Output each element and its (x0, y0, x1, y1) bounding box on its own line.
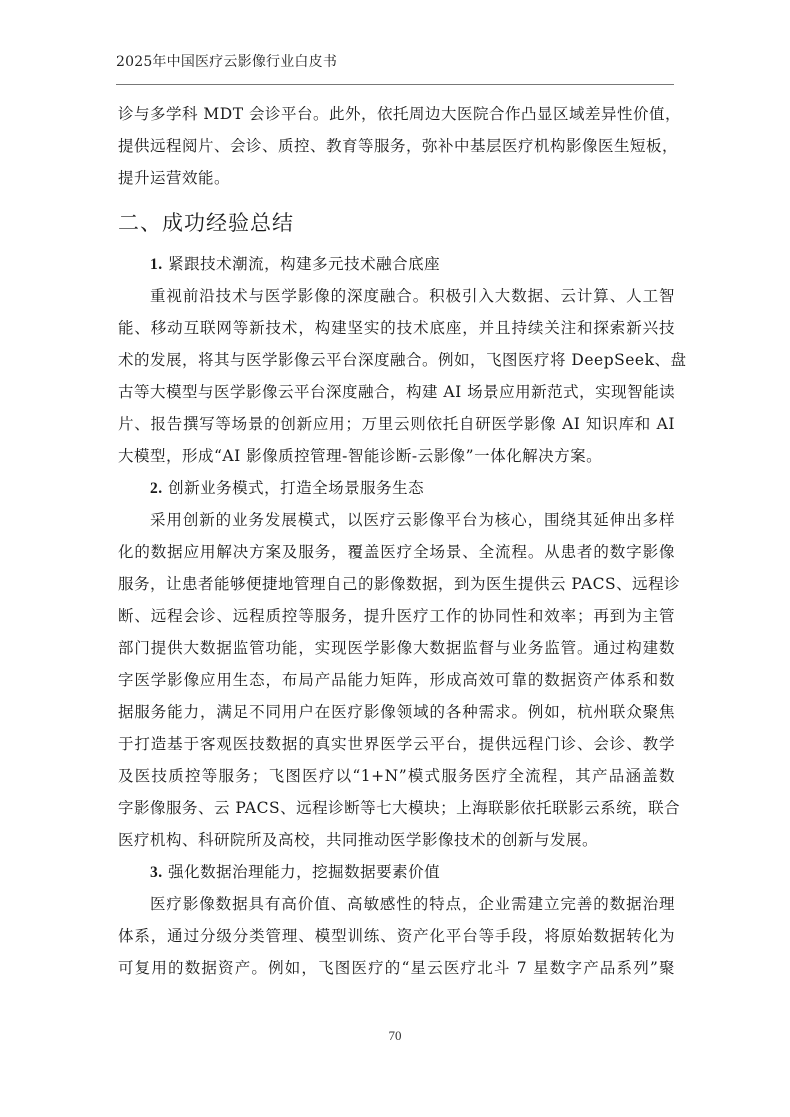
text-line: 断、远程会诊、远程质控等服务，提升医疗工作的协同性和效率；再到为主管 (118, 600, 675, 632)
text-line: 体系，通过分级分类管理、模型训练、资产化平台等手段，将原始数据转化为 (118, 920, 675, 952)
subsection-3: 3. 强化数据治理能力，挖掘数据要素价值 医疗影像数据具有高价值、高敏感性的特点… (118, 856, 675, 984)
text-line: 化的数据应用解决方案及服务，覆盖医疗全场景、全流程。从患者的数字影像 (118, 536, 675, 568)
document-title: 2025年中国医疗云影像行业白皮书 (116, 52, 674, 72)
text-line: 及医技质控等服务；飞图医疗以“1+N”模式服务医疗全流程，其产品涵盖数 (118, 760, 675, 792)
text-line: 古等大模型与医学影像云平台深度融合，构建 AI 场景应用新范式，实现智能读 (118, 376, 675, 408)
text-line: 字影像服务、云 PACS、远程诊断等七大模块；上海联影依托联影云系统，联合 (118, 792, 675, 824)
text-line: 服务，让患者能够便捷地管理自己的影像数据，到为医生提供云 PACS、远程诊 (118, 568, 675, 600)
text-line: 提供远程阅片、会诊、质控、教育等服务，弥补中基层医疗机构影像医生短板， (118, 130, 675, 162)
subsection-number: 1. (150, 256, 163, 273)
subsection-title: 紧跟技术潮流，构建多元技术融合底座 (168, 255, 440, 273)
text-line: 据服务能力，满足不同用户在医疗影像领域的各种需求。例如，杭州联众聚焦 (118, 696, 675, 728)
subsection-title: 强化数据治理能力，挖掘数据要素价值 (168, 863, 440, 881)
page-number: 70 (0, 1028, 790, 1044)
text-line: 于打造基于客观医技数据的真实世界医学云平台，提供远程门诊、会诊、教学 (118, 728, 675, 760)
subsection-title: 创新业务模式，打造全场景服务生态 (168, 479, 424, 497)
subsection-heading: 2. 创新业务模式，打造全场景服务生态 (118, 472, 675, 504)
page-header: 2025年中国医疗云影像行业白皮书 (116, 52, 674, 72)
intro-paragraph: 诊与多学科 MDT 会诊平台。此外，依托周边大医院合作凸显区域差异性价值， 提供… (118, 98, 675, 194)
subsection-heading: 3. 强化数据治理能力，挖掘数据要素价值 (118, 856, 675, 888)
text-line: 术的发展，将其与医学影像云平台深度融合。例如，飞图医疗将 DeepSeek、盘 (118, 344, 675, 376)
text-line: 重视前沿技术与医学影像的深度融合。积极引入大数据、云计算、人工智 (118, 280, 675, 312)
text-line: 可复用的数据资产。例如，飞图医疗的“星云医疗北斗 7 星数字产品系列”聚 (118, 952, 675, 984)
text-line: 医疗影像数据具有高价值、高敏感性的特点，企业需建立完善的数据治理 (118, 888, 675, 920)
text-line: 医疗机构、科研院所及高校，共同推动医学影像技术的创新与发展。 (118, 824, 675, 856)
subsection-heading: 1. 紧跟技术潮流，构建多元技术融合底座 (118, 248, 675, 280)
text-line: 诊与多学科 MDT 会诊平台。此外，依托周边大医院合作凸显区域差异性价值， (118, 98, 675, 130)
subsection-1: 1. 紧跟技术潮流，构建多元技术融合底座 重视前沿技术与医学影像的深度融合。积极… (118, 248, 675, 472)
text-line: 大模型，形成“AI 影像质控管理-智能诊断-云影像”一体化解决方案。 (118, 440, 675, 472)
text-line: 采用创新的业务发展模式，以医疗云影像平台为核心，围绕其延伸出多样 (118, 504, 675, 536)
subsection-number: 2. (150, 480, 163, 497)
text-line: 部门提供大数据监管功能，实现医学影像大数据监督与业务监管。通过构建数 (118, 632, 675, 664)
text-line: 片、报告撰写等场景的创新应用；万里云则依托自研医学影像 AI 知识库和 AI (118, 408, 675, 440)
header-divider (116, 84, 674, 85)
text-line: 能、移动互联网等新技术，构建坚实的技术底座，并且持续关注和探索新兴技 (118, 312, 675, 344)
text-line: 字医学影像应用生态，布局产品能力矩阵，形成高效可靠的数据资产体系和数 (118, 664, 675, 696)
subsection-2: 2. 创新业务模式，打造全场景服务生态 采用创新的业务发展模式，以医疗云影像平台… (118, 472, 675, 856)
subsection-number: 3. (150, 864, 163, 881)
page-content: 诊与多学科 MDT 会诊平台。此外，依托周边大医院合作凸显区域差异性价值， 提供… (118, 98, 675, 984)
section-heading: 二、成功经验总结 (118, 208, 675, 238)
text-line: 提升运营效能。 (118, 162, 675, 194)
